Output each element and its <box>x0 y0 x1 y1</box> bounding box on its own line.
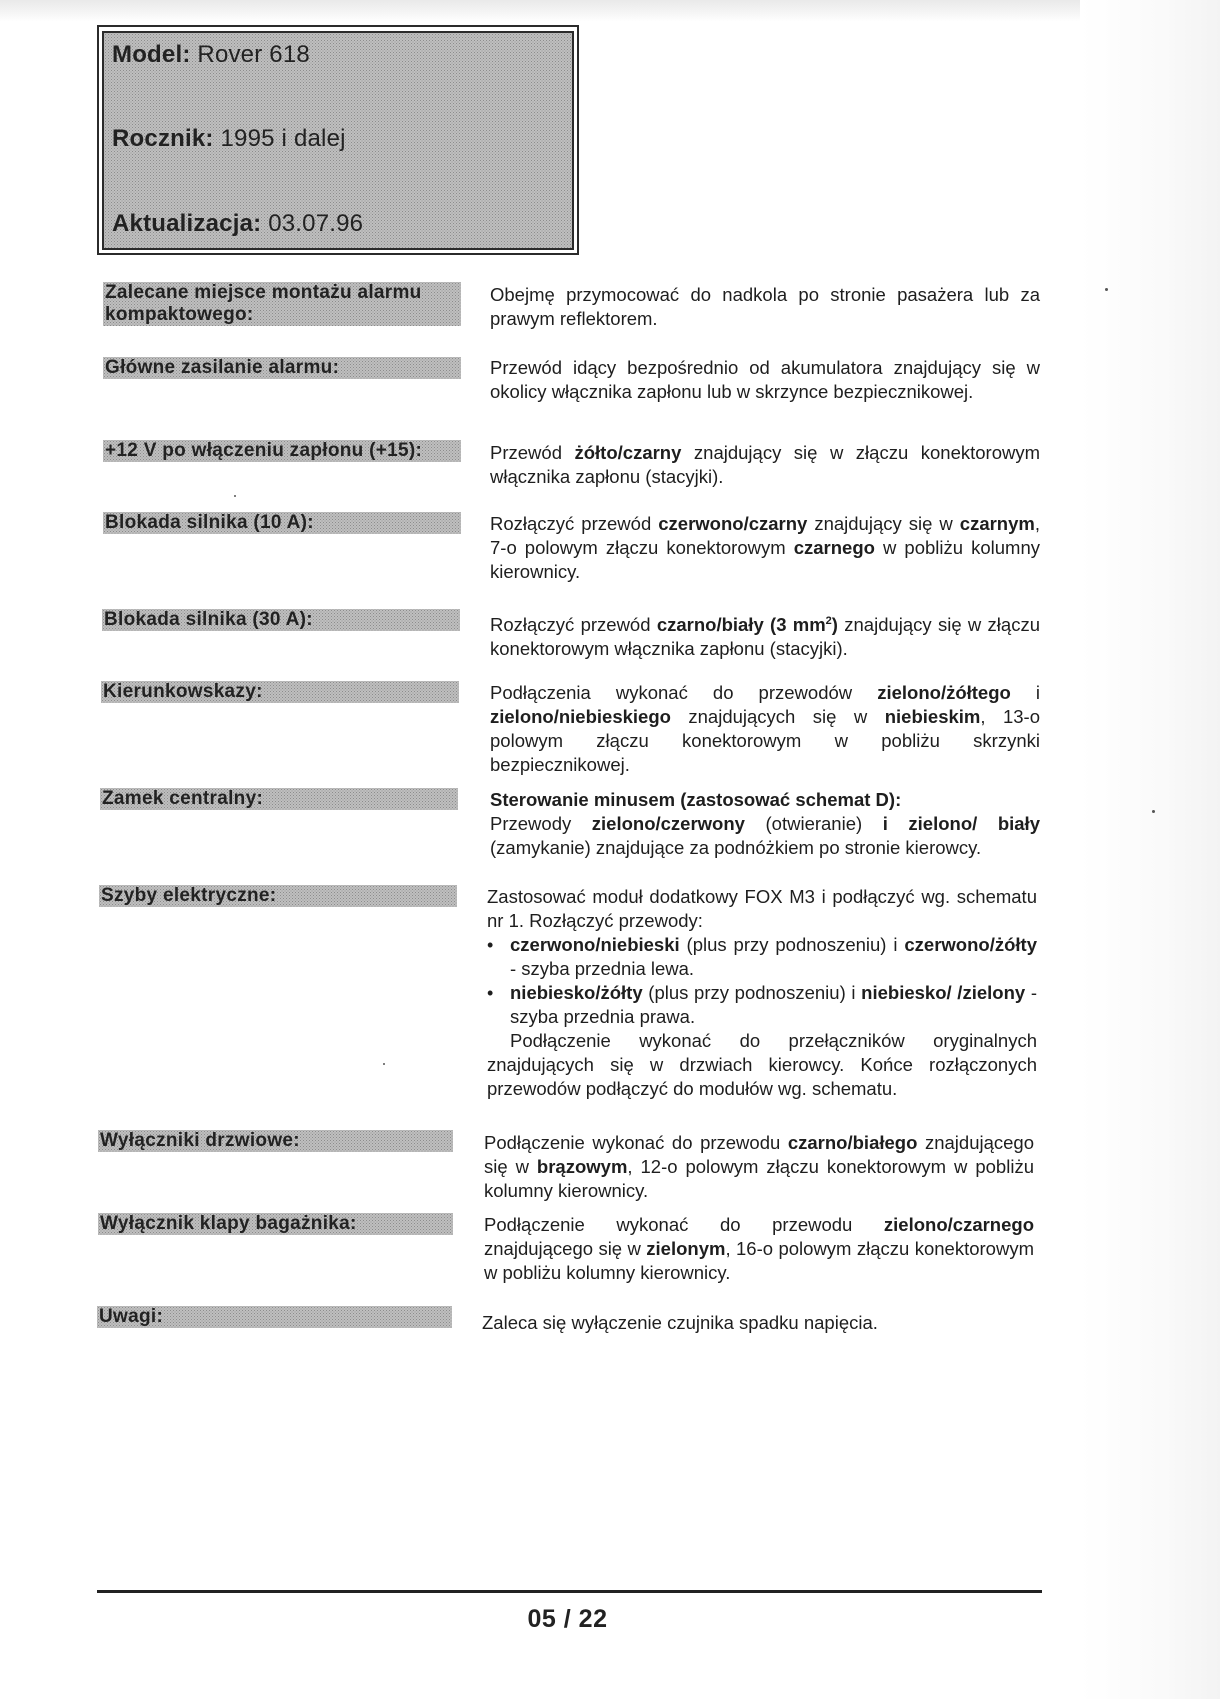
bullet-list: czerwono/niebieski (plus przy podnoszeni… <box>487 933 1037 1029</box>
section-description: Obejmę przymocować do nadkola po stronie… <box>490 283 1040 331</box>
bullet-item: niebiesko/żółty (plus przy podnoszeniu) … <box>487 981 1037 1029</box>
year-line: Rocznik: 1995 i dalej <box>112 125 346 153</box>
bullet-item: czerwono/niebieski (plus przy podnoszeni… <box>487 933 1037 981</box>
section-label: +12 V po włączeniu zapłonu (+15): <box>103 440 461 462</box>
description-paragraph: Podłączenie wykonać do przewodu zielono/… <box>484 1213 1034 1285</box>
update-line: Aktualizacja: 03.07.96 <box>112 210 363 238</box>
section-label: Kierunkowskazy: <box>101 681 459 703</box>
section-description: Podłączenia wykonać do przewodów zielono… <box>490 681 1040 777</box>
section-label: Zamek centralny: <box>100 788 458 810</box>
update-label: Aktualizacja: <box>112 210 261 237</box>
section-description: Zaleca się wyłączenie czujnika spadku na… <box>482 1311 1032 1335</box>
vehicle-info-box: Model: Rover 618 Rocznik: 1995 i dalej A… <box>97 25 579 255</box>
model-label: Model: <box>112 41 191 68</box>
description-paragraph: Rozłączyć przewód czerwono/czarny znajdu… <box>490 512 1040 584</box>
description-paragraph: Rozłączyć przewód czarno/biały (3 mm2) z… <box>490 609 1040 661</box>
scan-right-edge <box>1080 0 1220 1699</box>
vehicle-info-panel: Model: Rover 618 Rocznik: 1995 i dalej A… <box>102 31 574 250</box>
scan-speck <box>234 495 236 497</box>
description-paragraph: Zaleca się wyłączenie czujnika spadku na… <box>482 1311 1032 1335</box>
scan-speck <box>383 1063 385 1065</box>
section-label: Wyłącznik klapy bagażnika: <box>98 1213 453 1235</box>
description-paragraph: Przewód idący bezpośrednio od akumulator… <box>490 356 1040 404</box>
section-label: Zalecane miejsce montażu alarmu kompakto… <box>103 282 461 326</box>
description-paragraph: Podłączenie wykonać do przewodu czarno/b… <box>484 1131 1034 1203</box>
description-paragraph: Przewód żółto/czarny znajdujący się w zł… <box>490 441 1040 489</box>
section-label: Uwagi: <box>97 1306 452 1328</box>
model-value: Rover 618 <box>197 41 310 68</box>
section-label: Blokada silnika (10 A): <box>103 512 461 534</box>
year-value: 1995 i dalej <box>220 125 345 152</box>
model-line: Model: Rover 618 <box>112 41 310 69</box>
year-label: Rocznik: <box>112 125 214 152</box>
section-label: Wyłączniki drzwiowe: <box>98 1130 453 1152</box>
scan-speck <box>1152 810 1155 813</box>
description-paragraph: Podłączenia wykonać do przewodów zielono… <box>490 681 1040 777</box>
description-paragraph: Zastosować moduł dodatkowy FOX M3 i podł… <box>487 885 1037 933</box>
section-label: Główne zasilanie alarmu: <box>103 357 461 379</box>
update-value: 03.07.96 <box>268 210 363 237</box>
description-paragraph: Sterowanie minusem (zastosować schemat D… <box>490 788 1040 812</box>
section-description: Sterowanie minusem (zastosować schemat D… <box>490 788 1040 860</box>
page-number: 05 / 22 <box>0 1605 1135 1634</box>
section-label: Blokada silnika (30 A): <box>102 609 460 631</box>
footer-divider <box>97 1590 1042 1593</box>
description-paragraph: Obejmę przymocować do nadkola po stronie… <box>490 283 1040 331</box>
section-label: Szyby elektryczne: <box>99 885 457 907</box>
section-description: Rozłączyć przewód czerwono/czarny znajdu… <box>490 512 1040 584</box>
section-description: Przewód żółto/czarny znajdujący się w zł… <box>490 441 1040 489</box>
section-description: Podłączenie wykonać do przewodu zielono/… <box>484 1213 1034 1285</box>
section-description: Rozłączyć przewód czarno/biały (3 mm2) z… <box>490 609 1040 661</box>
section-description: Zastosować moduł dodatkowy FOX M3 i podł… <box>487 885 1037 1101</box>
section-description: Przewód idący bezpośrednio od akumulator… <box>490 356 1040 404</box>
scan-top-edge <box>0 0 1220 22</box>
description-paragraph: Przewody zielono/czerwony (otwieranie) i… <box>490 812 1040 860</box>
scan-speck <box>1105 288 1108 291</box>
description-paragraph: Podłączenie wykonać do przełączników ory… <box>487 1029 1037 1101</box>
section-description: Podłączenie wykonać do przewodu czarno/b… <box>484 1131 1034 1203</box>
